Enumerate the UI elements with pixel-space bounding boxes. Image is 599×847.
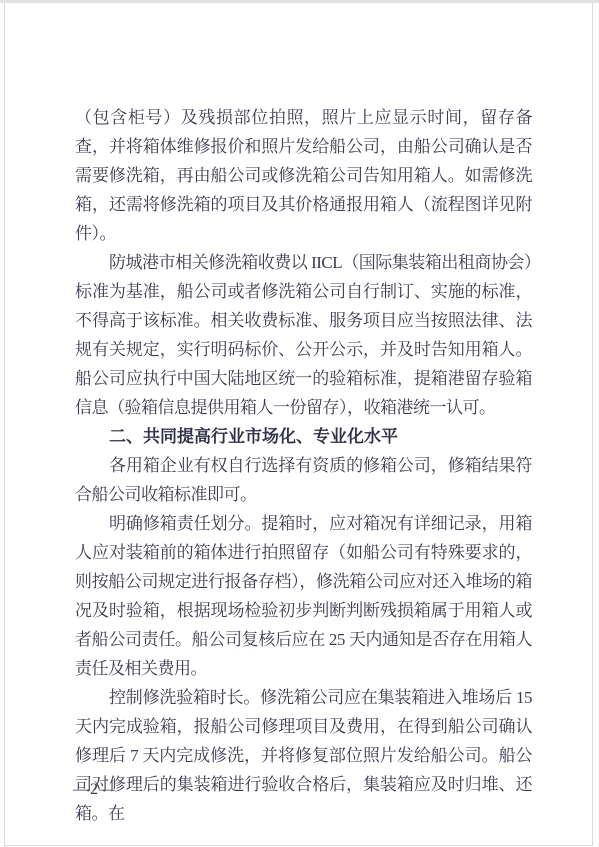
document-page: （包含柜号）及残损部位拍照，照片上应显示时间，留存备查，并将箱体维修报价和照片发… xyxy=(4,3,593,846)
paragraph: （包含柜号）及残损部位拍照，照片上应显示时间，留存备查，并将箱体维修报价和照片发… xyxy=(75,103,532,248)
paragraph: 防城港市相关修洗箱收费以 IICL（国际集装箱出租商协会）标准为基准，船公司或者… xyxy=(75,248,532,422)
paragraph: 明确修箱责任划分。提箱时，应对箱况有详细记录，用箱人应对装箱前的箱体进行拍照留存… xyxy=(75,509,532,683)
paragraph: 控制修洗验箱时长。修洗箱公司应在集装箱进入堆场后 15 天内完成验箱，报船公司修… xyxy=(75,683,532,828)
page-number: —2— xyxy=(73,781,116,799)
document-body: （包含柜号）及残损部位拍照，照片上应显示时间，留存备查，并将箱体维修报价和照片发… xyxy=(75,103,532,828)
section-heading: 二、共同提高行业市场化、专业化水平 xyxy=(75,422,532,451)
paragraph: 各用箱企业有权自行选择有资质的修箱公司，修箱结果符合船公司收箱标准即可。 xyxy=(75,451,532,509)
